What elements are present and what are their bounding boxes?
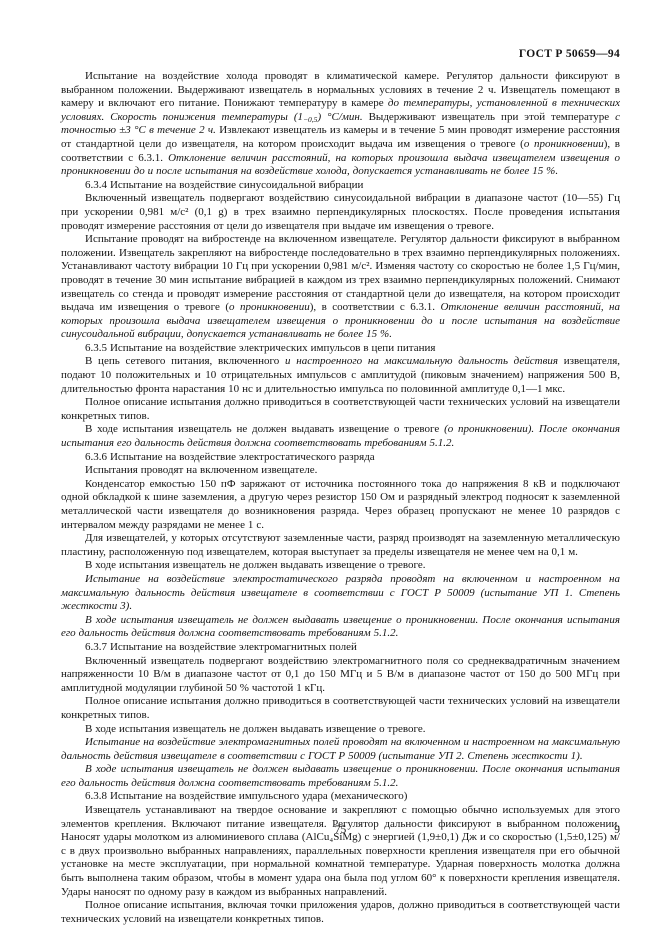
standard-code-header: ГОСТ Р 50659—94 [61,48,620,60]
document-page: ГОСТ Р 50659—94 Испытание на воздействие… [0,0,661,936]
text-run: 6.3.4 Испытание на воздействие синусоида… [85,179,363,191]
paragraph: Испытание на воздействие электростатичес… [61,573,620,614]
paragraph: Для извещателей, у которых отсутствуют з… [61,532,620,559]
page-body: Испытание на воздействие холода проводят… [61,70,620,926]
text-run: Конденсатор емкостью 150 пФ заряжают от … [61,478,620,531]
section-heading: 6.3.6 Испытание на воздействие электрост… [61,451,620,465]
text-run: Полное описание испытания должно приводи… [61,396,620,422]
text-run: Выдерживают извещатель при этой температ… [363,111,616,123]
paragraph: Полное описание испытания, включая точки… [61,899,620,926]
text-run: В ходе испытания извещатель не должен вы… [61,763,620,789]
paragraph: Конденсатор емкостью 150 пФ заряжают от … [61,478,620,532]
paragraph: Полное описание испытания должно приводи… [61,695,620,722]
text-run: В цепь сетевого питания, включенного [85,355,285,367]
text-run: Испытание на воздействие электромагнитны… [61,736,620,762]
paragraph: В ходе испытания извещатель не должен вы… [61,723,620,737]
text-run: −0,5 [303,115,317,124]
text-run: Испытания проводят на включенном извещат… [85,464,317,476]
paragraph: В цепь сетевого питания, включенного и н… [61,355,620,396]
text-run: 6.3.5 Испытание на воздействие электриче… [85,342,435,354]
page-number-right: 9 [614,824,620,836]
text-run: о проникновении [229,301,310,313]
text-run: Испытание на воздействие электростатичес… [61,573,620,612]
text-run: о проникновении [524,138,604,150]
section-heading: 6.3.8 Испытание на воздействие импульсно… [61,790,620,804]
text-run: Для извещателей, у которых отсутствуют з… [61,532,620,558]
paragraph: Испытание проводят на вибростенде на вкл… [61,233,620,342]
paragraph: Извещатель устанавливают на твердое осно… [61,804,620,899]
page-number-center: 75 [335,824,347,836]
paragraph: Испытания проводят на включенном извещат… [61,464,620,478]
text-run: ) °С/мин. [317,111,362,123]
text-run: 6.3.8 Испытание на воздействие импульсно… [85,790,407,802]
paragraph: Полное описание испытания должно приводи… [61,396,620,423]
paragraph: В ходе испытания извещатель не должен вы… [61,423,620,450]
text-run: Включенный извещатель подвергают воздейс… [61,192,620,231]
text-run: Полное описание испытания, включая точки… [61,899,620,925]
text-run: ), в соответствии с 6.3.1. [310,301,441,313]
section-heading: 6.3.5 Испытание на воздействие электриче… [61,342,620,356]
text-run: 6.3.7 Испытание на воздействие электрома… [85,641,357,653]
paragraph: Включенный извещатель подвергают воздейс… [61,655,620,696]
text-run: В ходе испытания извещатель не должен вы… [85,723,426,735]
text-run: 6.3.6 Испытание на воздействие электрост… [85,451,375,463]
text-run: и настроенного на максимальную дальность… [285,355,558,367]
paragraph: Испытание на воздействие холода проводят… [61,70,620,179]
text-run: Полное описание испытания должно приводи… [61,695,620,721]
paragraph: Включенный извещатель подвергают воздейс… [61,192,620,233]
paragraph: В ходе испытания извещатель не должен вы… [61,559,620,573]
section-heading: 6.3.7 Испытание на воздействие электрома… [61,641,620,655]
text-run: Извещатель устанавливают на твердое осно… [61,804,620,898]
paragraph: В ходе испытания извещатель не должен вы… [61,614,620,641]
page-footer: 75 9 [61,824,620,840]
text-run: В ходе испытания извещатель не должен вы… [61,614,620,640]
paragraph: Испытание на воздействие электромагнитны… [61,736,620,763]
text-run: Включенный извещатель подвергают воздейс… [61,655,620,694]
paragraph: В ходе испытания извещатель не должен вы… [61,763,620,790]
text-run: В ходе испытания извещатель не должен вы… [85,423,444,435]
section-heading: 6.3.4 Испытание на воздействие синусоида… [61,179,620,193]
text-run: В ходе испытания извещатель не должен вы… [85,559,426,571]
